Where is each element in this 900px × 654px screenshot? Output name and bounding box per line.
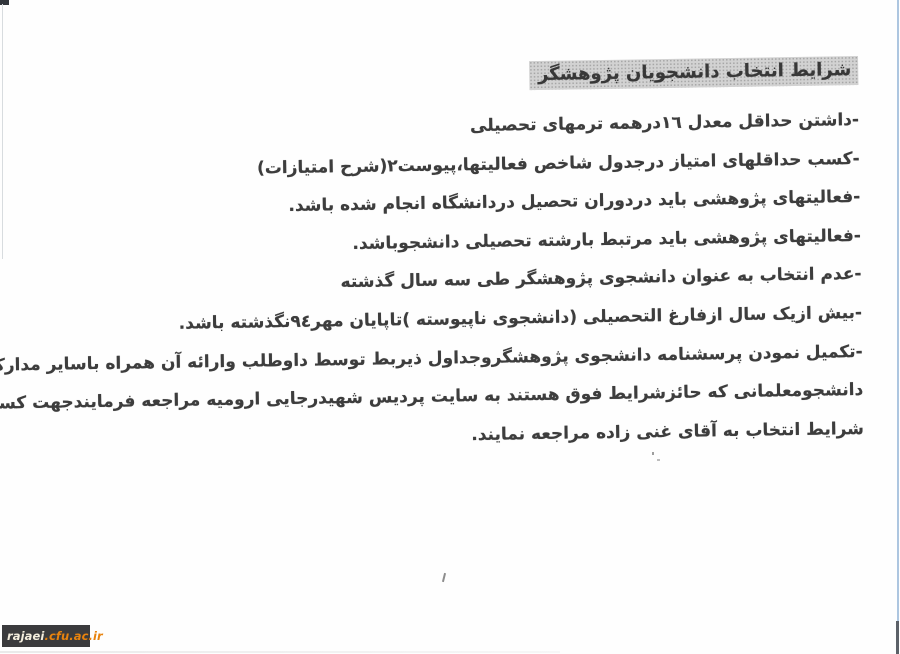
scanned-document-page: شرایط انتخاب دانشجویان پژوهشگر -داشتن حد… — [0, 0, 900, 654]
watermark-site-name: rajaei — [7, 629, 44, 643]
scan-speck — [442, 573, 446, 582]
scan-edge-right — [897, 0, 899, 654]
document-body: -داشتن حداقل معدل ١٦درهمه ترمهای تحصیلی … — [17, 101, 864, 462]
scan-bottom-smudge — [0, 651, 560, 653]
watermark-site-domain: .cfu.ac.ir — [44, 629, 102, 643]
scan-speck — [652, 452, 654, 455]
document-title: شرایط انتخاب دانشجویان پژوهشگر — [529, 56, 859, 90]
scan-edge-right-dark-segment — [896, 621, 899, 654]
site-watermark: rajaei.cfu.ac.ir — [2, 625, 90, 647]
scan-edge-left — [2, 4, 3, 259]
scan-speck — [657, 459, 660, 461]
document-text-block: شرایط انتخاب دانشجویان پژوهشگر -داشتن حد… — [16, 56, 864, 462]
